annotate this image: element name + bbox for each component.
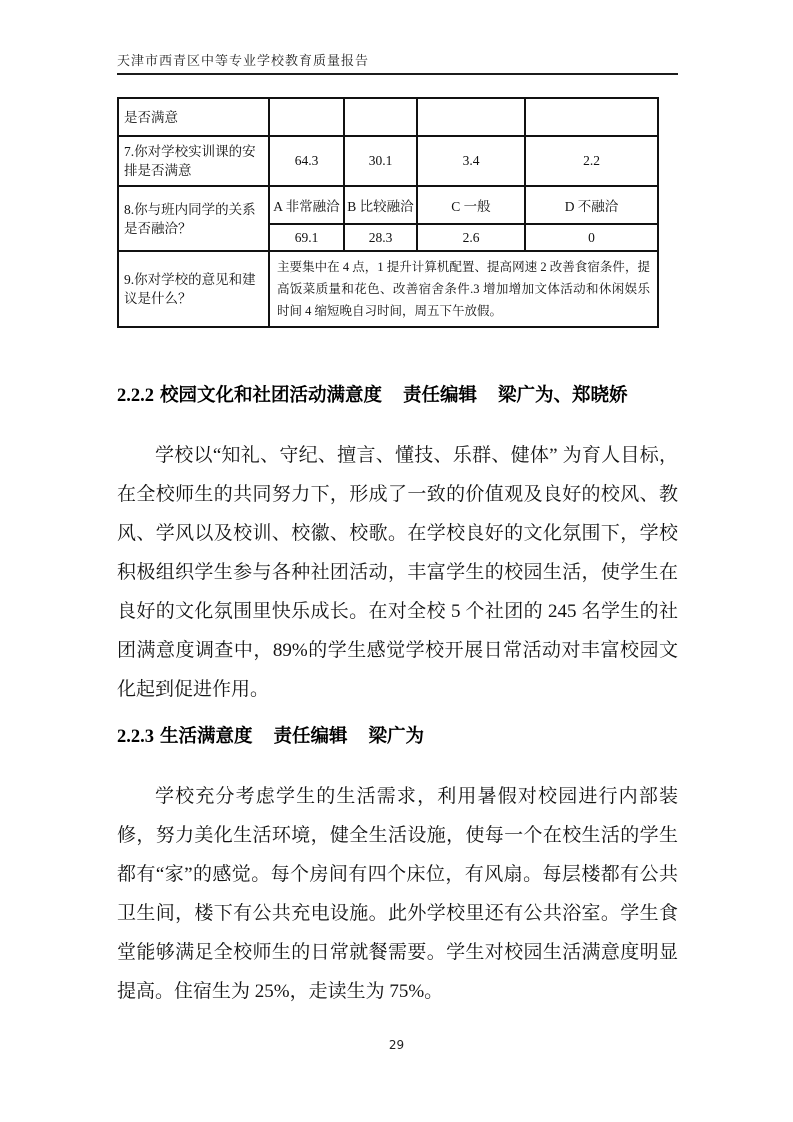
- section-heading-2-2-3: 2.2.3生活满意度责任编辑梁广为: [117, 725, 678, 749]
- value-cell: 69.1: [269, 224, 344, 251]
- table-row-q9: 9.你对学校的意见和建议是什么？ 主要集中在 4 点，1 提升计算机配置、提高网…: [118, 251, 658, 327]
- editor-names: 梁广为、郑晓娇: [498, 386, 628, 406]
- page-content: 天津市西青区中等专业学校教育质量报告 是否满意 7.你对学校实训课的安排是否满意…: [117, 0, 678, 1011]
- editor-label: 责任编辑: [403, 386, 477, 406]
- option-cell: C 一般: [417, 186, 525, 224]
- value-cell: [525, 98, 658, 136]
- section-number: 2.2.2: [117, 386, 154, 406]
- option-cell: D 不融洽: [525, 186, 658, 224]
- value-cell: [417, 98, 525, 136]
- answer-cell: 主要集中在 4 点，1 提升计算机配置、提高网速 2 改善食宿条件，提高饭菜质量…: [269, 251, 658, 327]
- table-row-q7: 7.你对学校实训课的安排是否满意 64.3 30.1 3.4 2.2: [118, 136, 658, 186]
- value-cell: 30.1: [344, 136, 417, 186]
- table-row-q8-options: 8.你与班内同学的关系是否融洽？ A 非常融洽 B 比较融洽 C 一般 D 不融…: [118, 186, 658, 224]
- question-cell: 8.你与班内同学的关系是否融洽？: [118, 186, 269, 251]
- page-number: 29: [0, 1038, 793, 1052]
- table-row-continued: 是否满意: [118, 98, 658, 136]
- value-cell: 2.6: [417, 224, 525, 251]
- value-cell: [269, 98, 344, 136]
- section-paragraph-2-2-3: 学校充分考虑学生的生活需求，利用暑假对校园进行内部装修，努力美化生活环境，健全生…: [117, 777, 678, 1011]
- section-paragraph-2-2-2: 学校以“知礼、守纪、擅言、懂技、乐群、健体” 为育人目标，在全校师生的共同努力下…: [117, 436, 678, 709]
- value-cell: 64.3: [269, 136, 344, 186]
- question-cell: 9.你对学校的意见和建议是什么？: [118, 251, 269, 327]
- value-cell: 2.2: [525, 136, 658, 186]
- option-cell: A 非常融洽: [269, 186, 344, 224]
- satisfaction-survey-table: 是否满意 7.你对学校实训课的安排是否满意 64.3 30.1 3.4 2.2 …: [117, 97, 659, 328]
- question-cell: 是否满意: [118, 98, 269, 136]
- value-cell: 0: [525, 224, 658, 251]
- editor-names: 梁广为: [369, 727, 425, 747]
- option-cell: B 比较融洽: [344, 186, 417, 224]
- value-cell: 3.4: [417, 136, 525, 186]
- editor-label: 责任编辑: [274, 727, 348, 747]
- value-cell: 28.3: [344, 224, 417, 251]
- document-header: 天津市西青区中等专业学校教育质量报告: [117, 52, 678, 75]
- document-page: 天津市西青区中等专业学校教育质量报告 是否满意 7.你对学校实训课的安排是否满意…: [0, 0, 793, 1122]
- section-number: 2.2.3: [117, 727, 154, 747]
- value-cell: [344, 98, 417, 136]
- section-heading-2-2-2: 2.2.2校园文化和社团活动满意度责任编辑梁广为、郑晓娇: [117, 384, 678, 408]
- question-cell: 7.你对学校实训课的安排是否满意: [118, 136, 269, 186]
- section-title: 校园文化和社团活动满意度: [160, 386, 382, 406]
- section-title: 生活满意度: [160, 727, 253, 747]
